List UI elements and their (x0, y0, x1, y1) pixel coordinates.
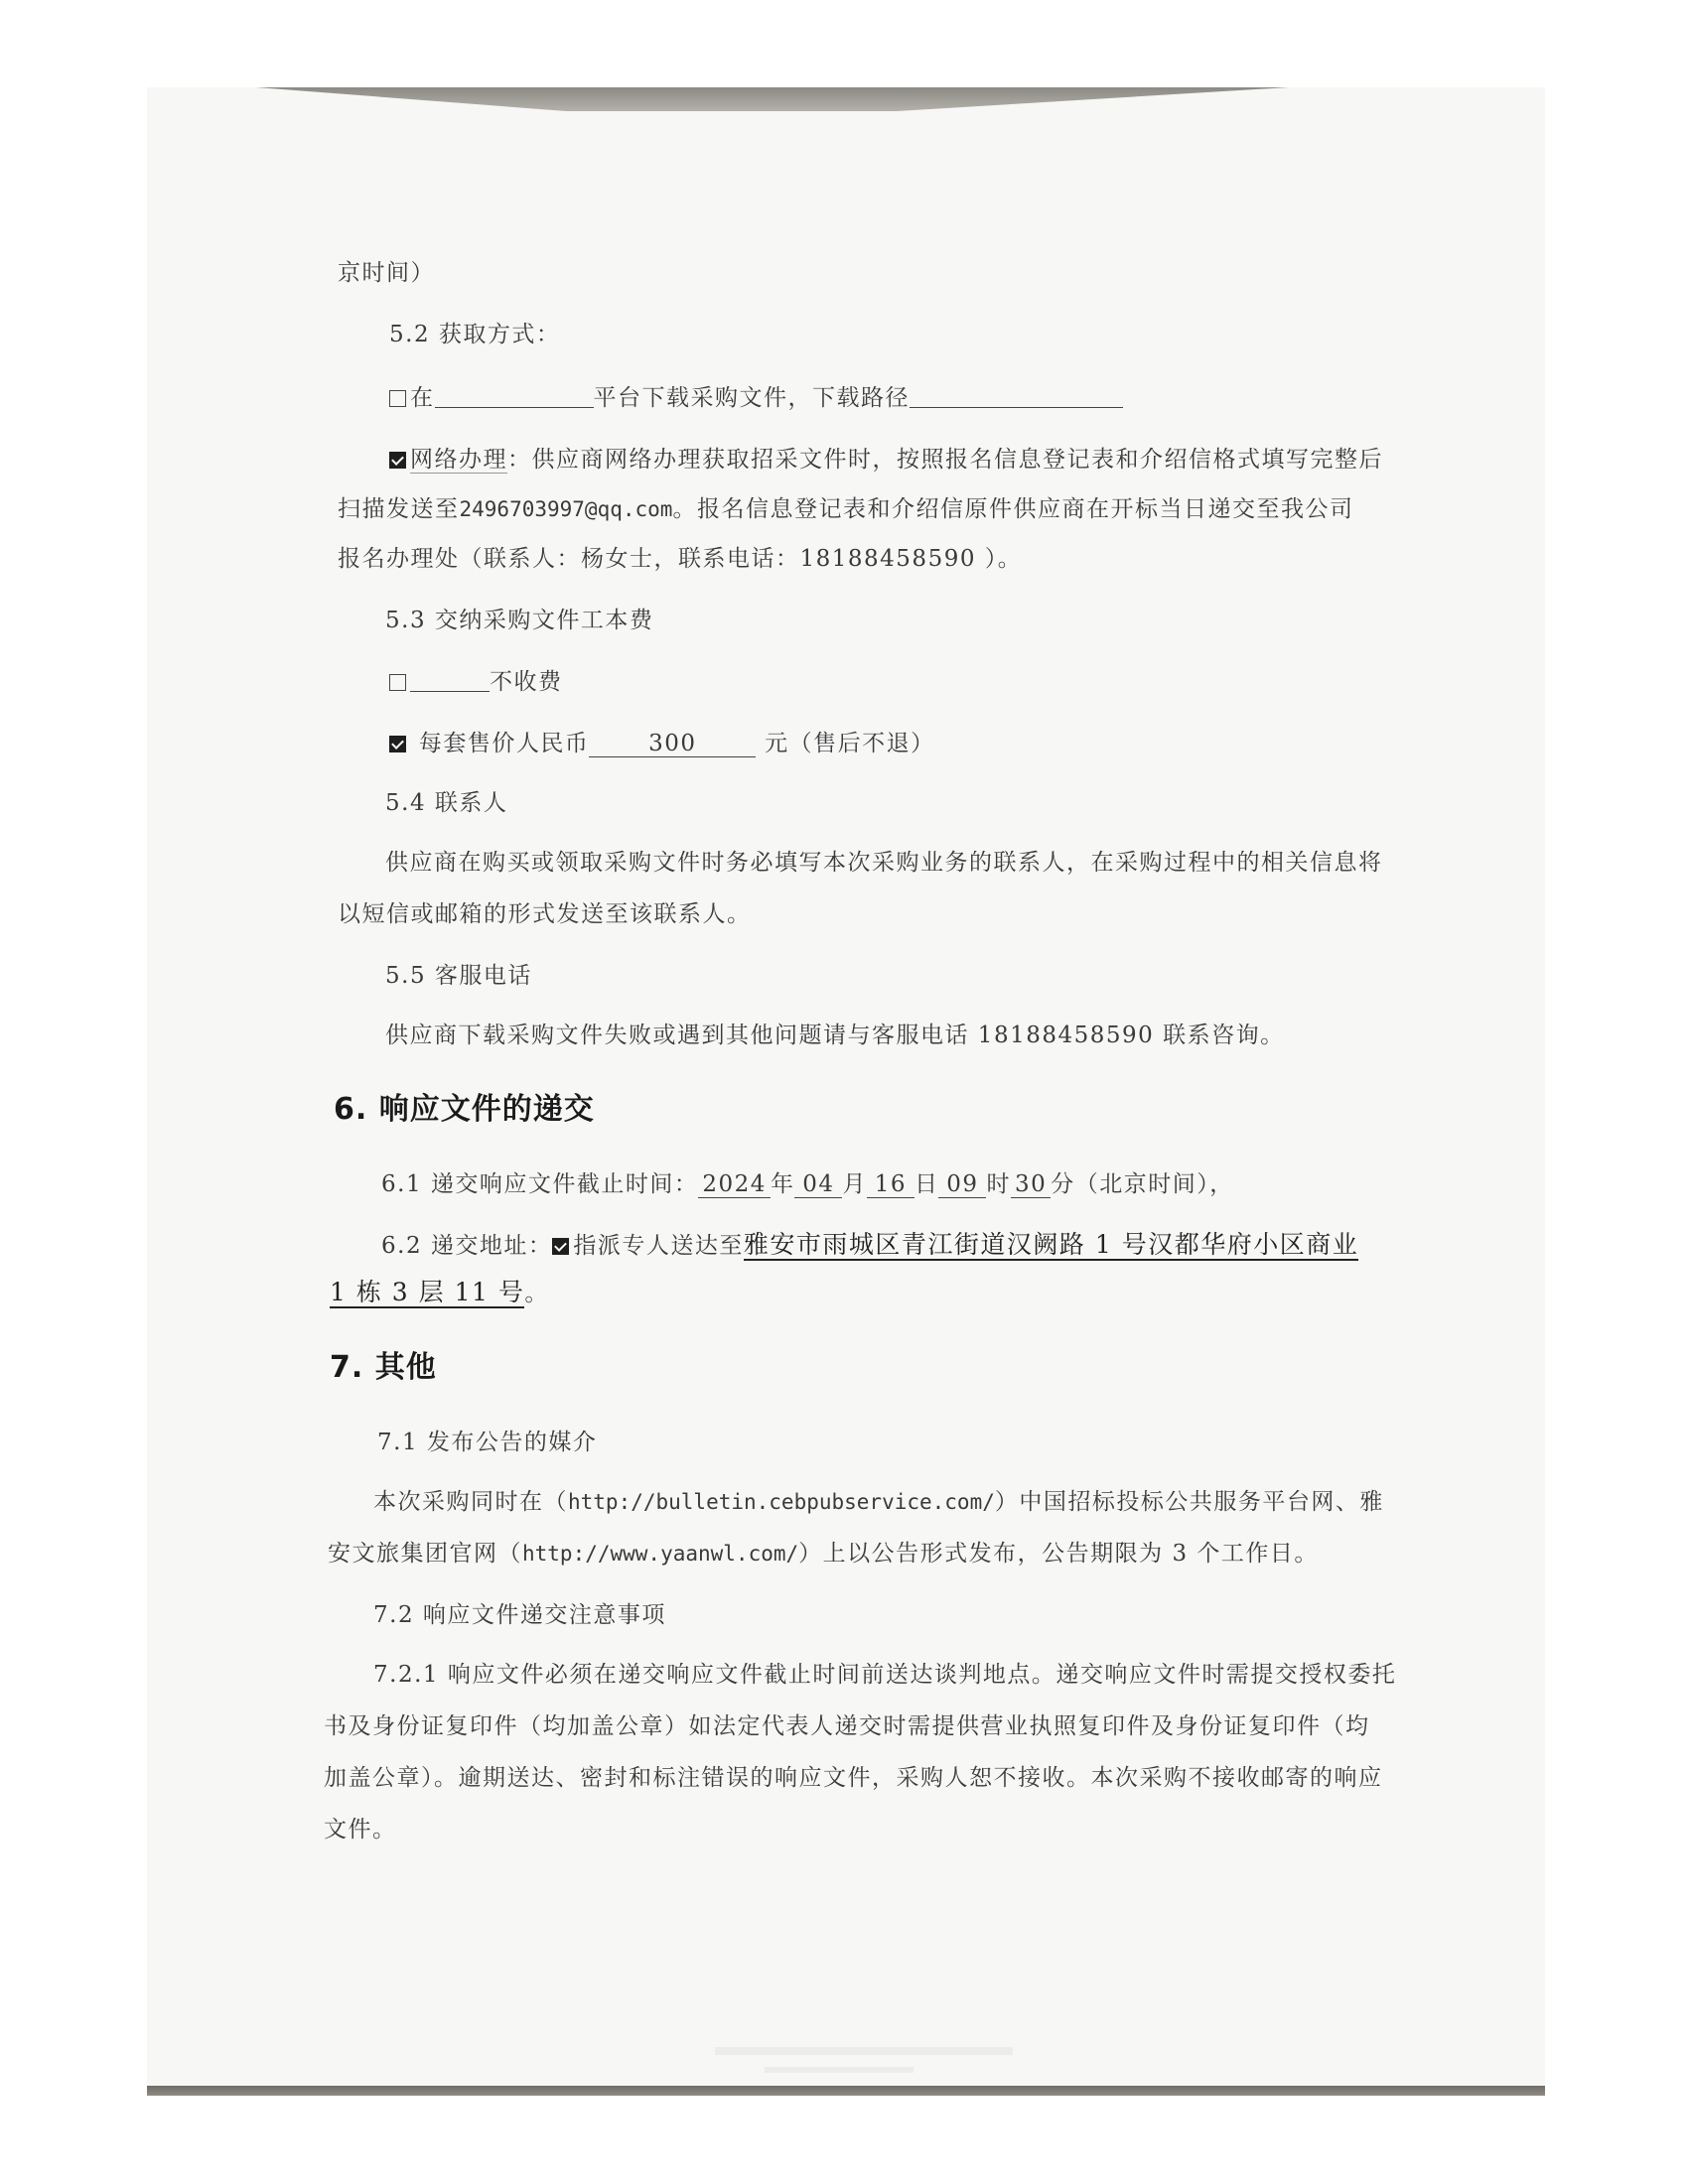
option-platform-download: 在平台下载采购文件，下载路径 (389, 379, 1123, 412)
section-7-2-1-line1: 7.2.1 响应文件必须在递交响应文件截止时间前送达谈判地点。递交响应文件时需提… (373, 1656, 1396, 1689)
option-paid: 每套售价人民币300 元（售后不退） (389, 725, 935, 757)
submission-deadline: 6.1 递交响应文件截止时间：2024年04月16日09时30分（北京时间）， (381, 1165, 1234, 1198)
section-7-heading: 7. 其他 (330, 1342, 437, 1386)
option-free: 不收费 (389, 663, 563, 696)
section-5-5-title: 5.5 客服电话 (385, 957, 532, 990)
section-5-4-title: 5.4 联系人 (385, 784, 507, 817)
checkbox-checked-icon[interactable] (389, 736, 406, 752)
url-cebpubservice[interactable]: http://bulletin.cebpubservice.com/ (568, 1490, 995, 1514)
checkbox-checked-icon[interactable] (389, 452, 406, 469)
email-address: 2496703997@qq.com (460, 497, 673, 521)
delivery-address-cont: 1 栋 3 层 11 号 (330, 1278, 524, 1308)
section-7-2-title: 7.2 响应文件递交注意事项 (373, 1596, 666, 1629)
deadline-minute: 30 (1011, 1171, 1051, 1198)
section-5-4-text-line2: 以短信或邮箱的形式发送至该联系人。 (338, 895, 752, 928)
submission-address-line1: 6.2 递交地址：指派专人送达至雅安市雨城区青江街道汉阙路 1 号汉都华府小区商… (381, 1225, 1358, 1261)
bleed-through-mark (715, 2047, 1013, 2055)
download-path-blank-field (910, 385, 1123, 408)
section-7-2-1-line3: 加盖公章）。逾期送达、密封和标注错误的响应文件，采购人恕不接收。本次采购不接收邮… (324, 1759, 1383, 1792)
option-online-line2: 扫描发送至2496703997@qq.com。报名信息登记表和介绍信原件供应商在… (338, 490, 1353, 523)
section-7-2-1-line2: 书及身份证复印件（均加盖公章）如法定代表人递交时需提供营业执照复印件及身份证复印… (324, 1707, 1370, 1740)
section-7-2-1-line4: 文件。 (324, 1811, 397, 1843)
deadline-year: 2024 (698, 1171, 771, 1198)
deadline-day: 16 (867, 1171, 914, 1198)
url-yaanwl[interactable]: http://www.yaanwl.com/ (522, 1542, 798, 1566)
delivery-address: 雅安市雨城区青江街道汉阙路 1 号汉都华府小区商业 (744, 1230, 1358, 1261)
section-5-4-text-line1: 供应商在购买或领取采购文件时务必填写本次采购业务的联系人，在采购过程中的相关信息… (385, 844, 1383, 877)
section-7-1-title: 7.1 发布公告的媒介 (377, 1424, 597, 1456)
section-5-5-text: 供应商下载采购文件失败或遇到其他问题请与客服电话 18188458590 联系咨… (385, 1017, 1285, 1049)
platform-blank-field (435, 385, 594, 408)
section-5-2-title: 5.2 获取方式： (389, 316, 560, 348)
option-online-line3: 报名办理处（联系人：杨女士，联系电话：18188458590 ）。 (338, 540, 1022, 573)
checkbox-checked-icon[interactable] (552, 1238, 569, 1255)
checkbox-unchecked-icon[interactable] (389, 674, 406, 691)
scan-edge-bottom (147, 2086, 1545, 2096)
continuation-text: 京时间） (338, 254, 435, 287)
option-online-line1: 网络办理：供应商网络办理获取招采文件时，按照报名信息登记表和介绍信格式填写完整后 (389, 441, 1383, 474)
online-label: 网络办理 (410, 447, 507, 474)
deadline-month: 04 (794, 1171, 842, 1198)
deadline-hour: 09 (938, 1171, 986, 1198)
section-6-heading: 6. 响应文件的递交 (334, 1084, 595, 1128)
section-7-1-line1: 本次采购同时在（http://bulletin.cebpubservice.co… (373, 1483, 1384, 1516)
checkbox-unchecked-icon[interactable] (389, 390, 406, 407)
submission-address-line2: 1 栋 3 层 11 号。 (330, 1273, 549, 1308)
section-7-1-line2: 安文旅集团官网（http://www.yaanwl.com/）上以公告形式发布，… (328, 1535, 1319, 1568)
section-5-3-title: 5.3 交纳采购文件工本费 (385, 602, 653, 634)
bleed-through-mark (765, 2067, 914, 2073)
price-amount: 300 (589, 731, 756, 757)
free-blank-field (410, 669, 490, 692)
